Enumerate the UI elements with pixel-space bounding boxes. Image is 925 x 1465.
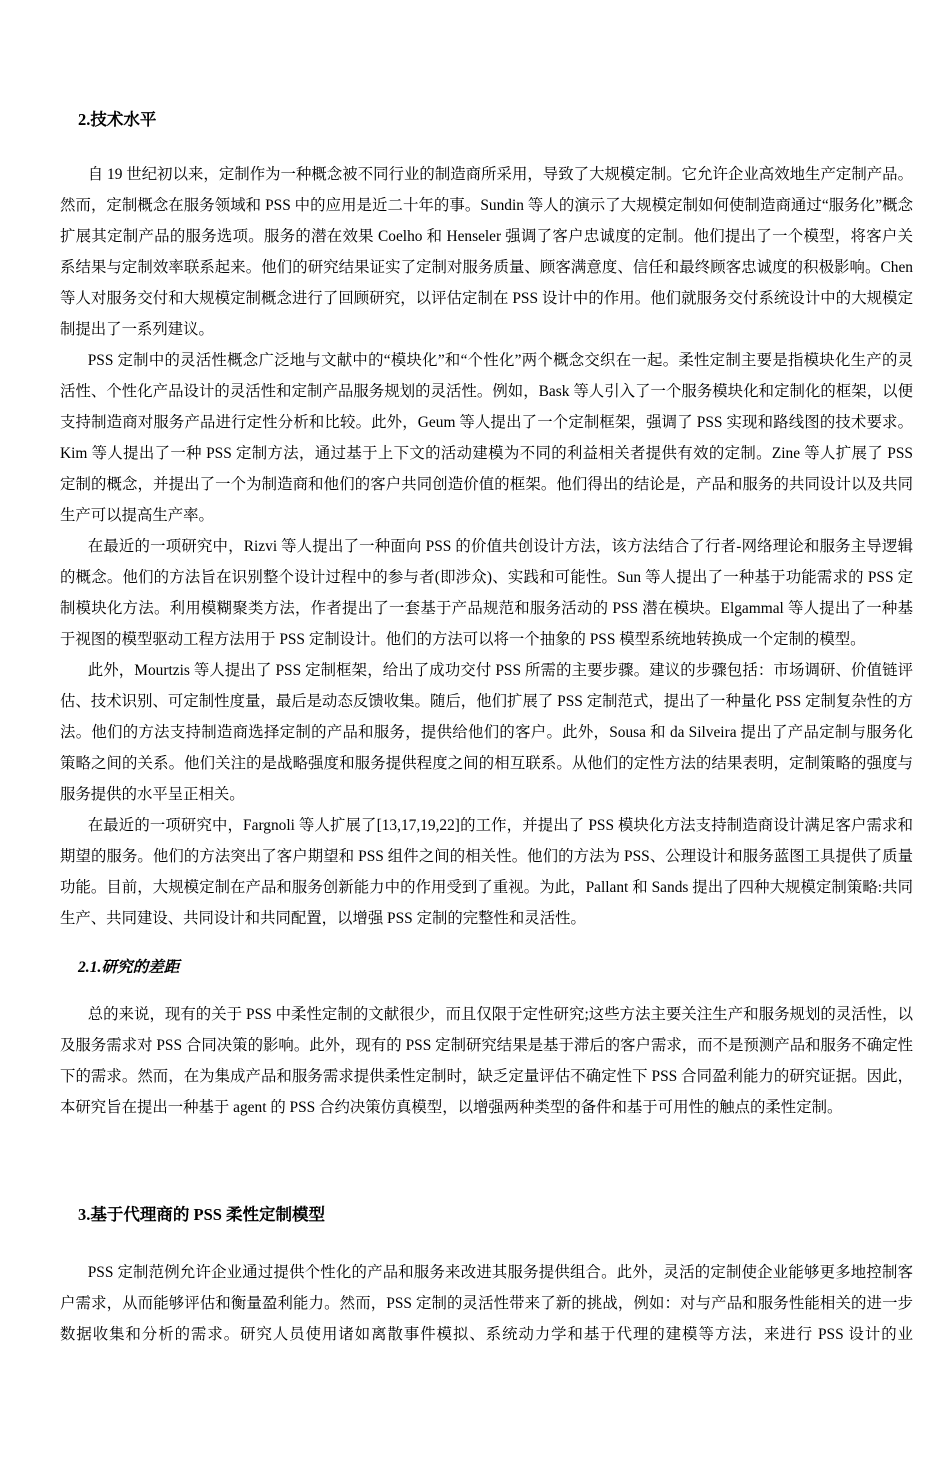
paragraph-modularization-strategies: 在最近的一项研究中，Fargnoli 等人扩展了[13,17,19,22]的工作…	[60, 810, 913, 934]
heading-tech-level: 2.技术水平	[78, 104, 913, 135]
paragraph-customization-frameworks: 此外，Mourtzis 等人提出了 PSS 定制框架，给出了成功交付 PSS 所…	[60, 655, 913, 810]
paragraph-flexibility-concepts: PSS 定制中的灵活性概念广泛地与文献中的“模块化”和“个性化”两个概念交织在一…	[60, 345, 913, 531]
paragraph-pss-customization-paradigm: PSS 定制范例允许企业通过提供个性化的产品和服务来改进其服务提供组合。此外，灵…	[60, 1257, 913, 1350]
paragraph-value-cocreation-methods: 在最近的一项研究中，Rizvi 等人提出了一种面向 PSS 的价值共创设计方法，…	[60, 531, 913, 655]
document-page: 2.技术水平 自 19 世纪初以来，定制作为一种概念被不同行业的制造商所采用，导…	[0, 0, 925, 1465]
heading-research-gap: 2.1.研究的差距	[78, 952, 913, 983]
heading-agent-based-model: 3.基于代理商的 PSS 柔性定制模型	[78, 1199, 913, 1230]
paragraph-mass-customization-history: 自 19 世纪初以来，定制作为一种概念被不同行业的制造商所采用，导致了大规模定制…	[60, 159, 913, 345]
paragraph-research-gap: 总的来说，现有的关于 PSS 中柔性定制的文献很少，而且仅限于定性研究;这些方法…	[60, 999, 913, 1123]
